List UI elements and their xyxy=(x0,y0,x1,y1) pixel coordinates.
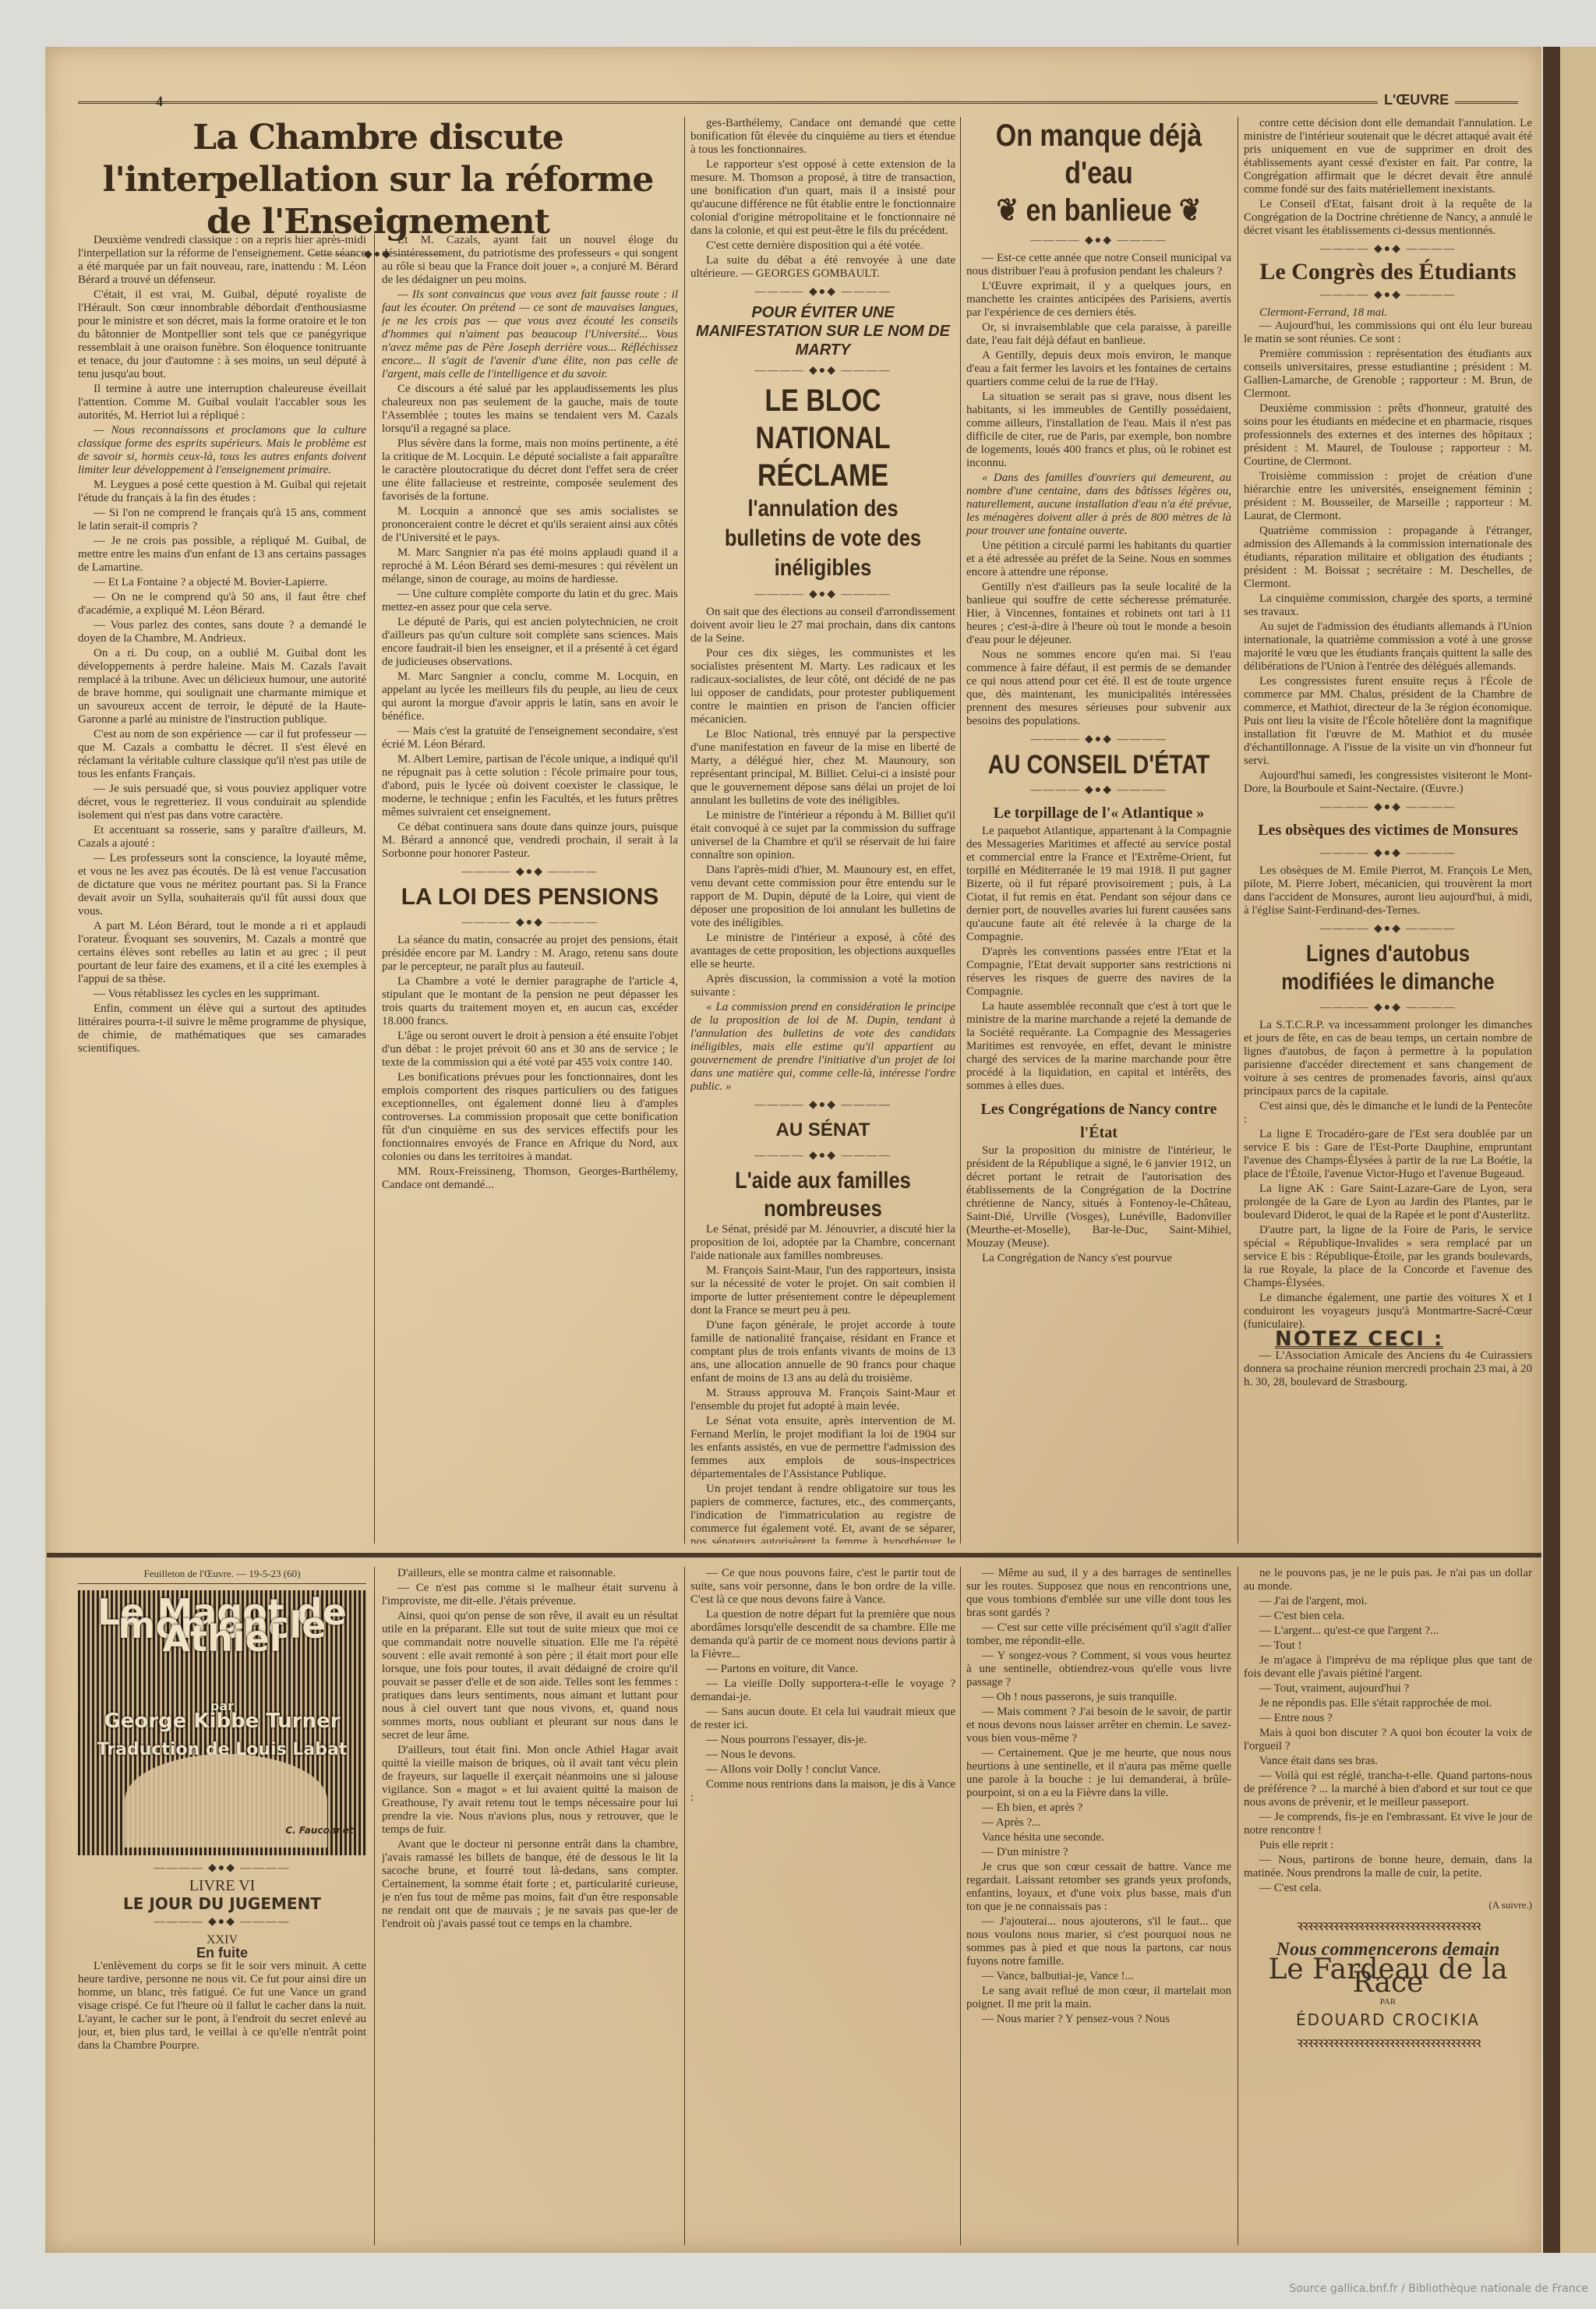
paragraph: Première commission : représentation des… xyxy=(1244,348,1532,401)
bloc-headline: LE BLOC NATIONAL RÉCLAME xyxy=(711,382,936,494)
atlantique-subhead: Le torpillage de l'« Atlantique » xyxy=(966,801,1231,825)
ornament-divider xyxy=(382,916,678,929)
paragraph: Le Conseil d'Etat, faisant droit à la re… xyxy=(1244,198,1532,238)
ornament-divider xyxy=(1244,1001,1532,1014)
paper-name: L'ŒUVRE xyxy=(1378,92,1455,108)
ornament-divider xyxy=(1244,288,1532,302)
lead-article-col1: Deuxième vendredi classique : on a repri… xyxy=(78,234,366,1543)
paragraph: Dans l'après-midi d'hier, M. Maunoury es… xyxy=(690,864,955,930)
paragraph: Le Bloc National, très ennuyé par la per… xyxy=(690,728,955,808)
part-title: LE JOUR DU JUGEMENT xyxy=(78,1897,366,1911)
paragraph: — Nous le devons. xyxy=(690,1749,955,1762)
paragraph: — Certainement. Que je me heurte, que no… xyxy=(966,1747,1231,1800)
lead-article-col2: Et M. Cazals, ayant fait un nouvel éloge… xyxy=(382,234,678,1543)
ornament-divider xyxy=(966,733,1231,746)
paragraph: Les bonifications prévues pour les fonct… xyxy=(382,1071,678,1164)
column-rule xyxy=(960,1567,961,2245)
ornament-divider xyxy=(690,285,955,299)
paragraph: Le député de Paris, qui est ancien polyt… xyxy=(382,616,678,669)
paragraph: C'est ainsi que, dès le dimanche et le l… xyxy=(1244,1100,1532,1126)
paragraph: — Ils sont convaincus que vous avez fait… xyxy=(382,288,678,381)
paragraph: Avant que le docteur ni personne entrât … xyxy=(382,1838,678,1931)
paragraph: — J'ajouterai... nous ajouterons, s'il l… xyxy=(966,1915,1231,1968)
paragraph: La cinquième commission, chargée des spo… xyxy=(1244,592,1532,619)
senat-kicker: AU SÉNAT xyxy=(690,1116,955,1144)
col4: On manque déjà d'eau ❦ en banlieue ❦ — E… xyxy=(966,117,1231,1543)
paragraph: C'est cette dernière disposition qui a é… xyxy=(690,239,955,253)
paragraph: — Nous marier ? Y pensez-vous ? Nous xyxy=(966,2013,1231,2026)
bloc-subheadline: l'annulation des bulletins de vote des i… xyxy=(711,494,936,583)
paragraph: Au sujet de l'admission des étudiants al… xyxy=(1244,621,1532,674)
ornament-divider xyxy=(966,234,1231,247)
paragraph: Sur la proposition du ministre de l'inté… xyxy=(966,1144,1231,1250)
paragraph: C'était, il est vrai, M. Guibal, député … xyxy=(78,288,366,381)
adjacent-page-edge xyxy=(1560,47,1596,2253)
paragraph: — Sans aucun doute. Et cela lui vaudrait… xyxy=(690,1706,955,1732)
paragraph: — D'un ministre ? xyxy=(966,1846,1231,1859)
paragraph: — Même au sud, il y a des barrages de se… xyxy=(966,1567,1231,1620)
congres-headline: Le Congrès des Étudiants xyxy=(1244,260,1532,284)
paragraph: D'ailleurs, tout était fini. Mon oncle A… xyxy=(382,1744,678,1837)
paragraph: — Vous parlez des contes, sans doute ? a… xyxy=(78,619,366,645)
paragraph: La haute assemblée reconnaît que c'est à… xyxy=(966,1000,1231,1093)
notez-headline: NOTEZ CECI : xyxy=(1275,1333,1443,1349)
paragraph: Une pétition a circulé parmi les habitan… xyxy=(966,539,1231,579)
paragraph: Un projet tendant à rendre obligatoire s… xyxy=(690,1483,955,1543)
paragraph: Ce débat continuera sans doute dans quin… xyxy=(382,821,678,861)
ornament-divider xyxy=(78,1862,366,1875)
paragraph: — Tout, vraiment, aujourd'hui ? xyxy=(1244,1682,1532,1696)
paragraph: ne le pouvons pas, je ne le puis pas. Je… xyxy=(1244,1567,1532,1593)
col5: contre cette décision dont elle demandai… xyxy=(1244,117,1532,1543)
column-rule xyxy=(684,1567,685,2245)
congres-dateline: Clermont-Ferrand, 18 mai. xyxy=(1259,306,1387,319)
paragraph: La ligne E Trocadéro-gare de l'Est sera … xyxy=(1244,1128,1532,1181)
leaf-icon: ❦ xyxy=(997,193,1026,228)
paragraph: — Entre nous ? xyxy=(1244,1712,1532,1725)
paragraph: On sait que des élections au conseil d'a… xyxy=(690,606,955,645)
ornament-divider xyxy=(690,364,955,377)
paragraph: — Est-ce cette année que notre Conseil m… xyxy=(966,252,1231,278)
paragraph: Nous ne sommes encore qu'en mai. Si l'ea… xyxy=(966,649,1231,728)
paragraph: Les obsèques de M. Emile Pierrot, M. Fra… xyxy=(1244,865,1532,918)
eau-headline-2: ❦ en banlieue ❦ xyxy=(987,192,1212,229)
paragraph: M. François Saint-Maur, l'un des rapport… xyxy=(690,1264,955,1317)
paragraph: Deuxième commission : prêts d'honneur, g… xyxy=(1244,402,1532,469)
paragraph: — Si l'on ne comprend le français qu'à 1… xyxy=(78,507,366,533)
paragraph: Le ministre de l'intérieur a exposé, à c… xyxy=(690,932,955,971)
paragraph: La question de notre départ fut la premi… xyxy=(690,1608,955,1661)
paragraph: A Gentilly, depuis deux mois environ, le… xyxy=(966,349,1231,389)
paragraph: — C'est bien cela. xyxy=(1244,1610,1532,1623)
paragraph: — Ce que nous pouvons faire, c'est le pa… xyxy=(690,1567,955,1607)
paragraph: Vance était dans ses bras. xyxy=(1244,1755,1532,1768)
paragraph: — Nous pourrons l'essayer, dis-je. xyxy=(690,1734,955,1747)
paragraph: — Vance, balbutiai-je, Vance !... xyxy=(966,1970,1231,1983)
paragraph: Aujourd'hui samedi, les congressistes vi… xyxy=(1244,769,1532,796)
ornament-divider xyxy=(78,1915,366,1929)
ornament-divider xyxy=(1244,847,1532,860)
column-rule xyxy=(960,117,961,1543)
paragraph: contre cette décision dont elle demandai… xyxy=(1244,117,1532,196)
paragraph: — Mais comment ? J'ai besoin de le savoi… xyxy=(966,1706,1231,1745)
paragraph: — Aujourd'hui, les commissions qui ont é… xyxy=(1244,320,1532,346)
header-rule xyxy=(78,101,1518,111)
ornament-divider xyxy=(1244,242,1532,256)
paragraph: Après discussion, la commission a voté l… xyxy=(690,973,955,999)
paragraph: « La commission prend en considération l… xyxy=(690,1001,955,1094)
feuilleton-col2: D'ailleurs, elle se montra calme et rais… xyxy=(382,1567,678,2245)
autobus-headline: Lignes d'autobus modifiées le dimanche xyxy=(1266,940,1511,996)
paragraph: Enfin, comment un élève qui a surtout de… xyxy=(78,1002,366,1055)
paragraph: M. Marc Sangnier n'a pas été moins appla… xyxy=(382,546,678,586)
ornament-divider xyxy=(690,1149,955,1162)
leaf-icon: ❦ xyxy=(1172,193,1202,228)
paragraph: « Dans des familles d'ouvriers qui demeu… xyxy=(966,472,1231,538)
paragraph: — Voilà qui est réglé, trancha-t-elle. Q… xyxy=(1244,1770,1532,1809)
paragraph: La suite du débat a été renvoyée à une d… xyxy=(690,254,955,281)
senat-headline: L'aide aux familles nombreuses xyxy=(711,1167,936,1223)
col3: ges-Barthélemy, Candace ont demandé que … xyxy=(690,117,955,1543)
paragraph: — Ce n'est pas comme si le malheur était… xyxy=(382,1582,678,1608)
paragraph: — Vous rétablissez les cycles en les sup… xyxy=(78,988,366,1001)
paragraph: Or, si invraisemblable que cela paraisse… xyxy=(966,321,1231,348)
paragraph: La ligne AK : Gare Saint-Lazare-Gare de … xyxy=(1244,1183,1532,1222)
paragraph: — Une culture complète comporte du latin… xyxy=(382,588,678,614)
ornament-divider xyxy=(690,588,955,601)
feuilleton-col4: — Même au sud, il y a des barrages de se… xyxy=(966,1567,1231,2245)
book-number: LIVRE VI xyxy=(78,1879,366,1893)
paragraph: Ainsi, quoi qu'on pense de son rêve, il … xyxy=(382,1610,678,1742)
paragraph: Deuxième vendredi classique : on a repri… xyxy=(78,234,366,287)
pensions-headline: LA LOI DES PENSIONS xyxy=(382,883,678,911)
paragraph: La séance du matin, consacrée au projet … xyxy=(382,934,678,974)
announcement-author: ÉDOUARD CROCIKIA xyxy=(1244,2014,1532,2027)
announcement-title: Le Fardeau de la Race xyxy=(1244,1963,1532,1989)
column-rule xyxy=(374,1567,375,2245)
wavy-border: ꝛꝛꝛꝛꝛꝛꝛꝛꝛꝛꝛꝛꝛꝛꝛꝛꝛꝛꝛꝛꝛꝛꝛꝛꝛꝛꝛꝛꝛꝛꝛꝛꝛꝛꝛꝛ xyxy=(1244,1919,1532,1932)
paragraph: D'après les conventions passées entre l'… xyxy=(966,946,1231,999)
paragraph: Plus sévère dans la forme, mais non moin… xyxy=(382,437,678,504)
paragraph: Le Sénat, présidé par M. Jénouvrier, a d… xyxy=(690,1223,955,1263)
paragraph: L'enlèvement du corps se fit le soir ver… xyxy=(78,1960,366,2053)
paragraph: — Y songez-vous ? Comment, si vous vous … xyxy=(966,1650,1231,1689)
paragraph: — La vieille Dolly supportera-t-elle le … xyxy=(690,1678,955,1704)
paragraph: Puis elle reprit : xyxy=(1244,1839,1532,1852)
paragraph: M. Strauss approuva M. François Saint-Ma… xyxy=(690,1387,955,1413)
paragraph: Je ne répondis pas. Elle s'était rapproc… xyxy=(1244,1697,1532,1710)
paragraph: On a ri. Du coup, on a oublié M. Guibal … xyxy=(78,647,366,727)
paragraph: La Chambre a voté le dernier paragraphe … xyxy=(382,975,678,1028)
paragraph: — L'Association Amicale des Anciens du 4… xyxy=(1244,1349,1532,1389)
paragraph: — Les professeurs sont la conscience, la… xyxy=(78,852,366,918)
column-rule xyxy=(374,234,375,1543)
paragraph: Comme nous rentrions dans la maison, je … xyxy=(690,1778,955,1805)
paragraph: Le sang avait reflué de mon cœur, il mar… xyxy=(966,1985,1231,2011)
paragraph: — L'argent... qu'est-ce que l'argent ?..… xyxy=(1244,1625,1532,1638)
paragraph: — Je suis persuadé que, si vous pouviez … xyxy=(78,783,366,822)
book-spine xyxy=(1543,47,1560,2253)
paragraph: L'âge ou seront ouvert le droit à pensio… xyxy=(382,1030,678,1070)
paragraph: M. Albert Lemire, partisan de l'école un… xyxy=(382,753,678,819)
paragraph: — J'ai de l'argent, moi. xyxy=(1244,1595,1532,1608)
column-rule xyxy=(1238,1567,1238,2245)
paragraph: A part M. Léon Bérard, tout le monde a r… xyxy=(78,920,366,986)
to-be-continued: (A suivre.) xyxy=(1244,1898,1532,1911)
paragraph: Pour ces dix sièges, les communistes et … xyxy=(690,647,955,727)
paragraph: Le dimanche également, une partie des vo… xyxy=(1244,1292,1532,1331)
paragraph: C'est au nom de son expérience — car il … xyxy=(78,728,366,781)
lead-headline: La Chambre discute l'interpellation sur … xyxy=(78,117,678,243)
paragraph: — C'est sur cette ville précisément qu'i… xyxy=(966,1621,1231,1648)
paragraph: — Allons voir Dolly ! conclut Vance. xyxy=(690,1763,955,1777)
paragraph: D'autre part, la ligne de la Foire de Pa… xyxy=(1244,1224,1532,1290)
eau-headline-1: On manque déjà d'eau xyxy=(987,117,1212,192)
conseil-headline: AU CONSEIL D'ÉTAT xyxy=(987,751,1212,779)
paragraph: Troisième commission : projet de créatio… xyxy=(1244,470,1532,523)
paragraph: La Congrégation de Nancy s'est pourvue xyxy=(966,1252,1231,1265)
feuilleton-illustration: Le Magot de mon oncle Athiel par George … xyxy=(78,1590,366,1855)
page-number: 4 xyxy=(156,94,163,110)
paragraph: La S.T.C.R.P. va incessamment prolonger … xyxy=(1244,1019,1532,1098)
paragraph: — Partons en voiture, dit Vance. xyxy=(690,1663,955,1676)
paragraph: Et M. Cazals, ayant fait un nouvel éloge… xyxy=(382,234,678,287)
paragraph: D'ailleurs, elle se montra calme et rais… xyxy=(382,1567,678,1580)
nancy-subhead: Les Congrégations de Nancy contre l'État xyxy=(966,1098,1231,1144)
paragraph: — Nous, partirons de bonne heure, demain… xyxy=(1244,1854,1532,1880)
illustration-author: George Kibbe Turner xyxy=(78,1715,366,1728)
column-rule xyxy=(684,117,685,1543)
chapter-title: En fuite xyxy=(78,1947,366,1960)
paragraph: D'une façon générale, le projet accorde … xyxy=(690,1319,955,1385)
paragraph: — On ne le comprend qu'à 50 ans, il faut… xyxy=(78,591,366,617)
paragraph: La situation se serait pas si grave, nou… xyxy=(966,391,1231,470)
ornament-divider xyxy=(1244,922,1532,935)
paragraph: Il termine à autre une interruption chal… xyxy=(78,383,366,423)
paragraph: Je m'agace à l'imprévu de ma réplique pl… xyxy=(1244,1654,1532,1681)
ornament-divider xyxy=(690,1098,955,1112)
paragraph: — Je comprends, fis-je en l'embrassant. … xyxy=(1244,1811,1532,1837)
ornament-divider xyxy=(1244,801,1532,814)
paragraph: L'Œuvre exprimait, il y a quelques jours… xyxy=(966,280,1231,320)
wavy-border: ꝛꝛꝛꝛꝛꝛꝛꝛꝛꝛꝛꝛꝛꝛꝛꝛꝛꝛꝛꝛꝛꝛꝛꝛꝛꝛꝛꝛꝛꝛꝛꝛꝛꝛꝛꝛ xyxy=(1244,2036,1532,2049)
paragraph: Le paquebot Atlantique, appartenant à la… xyxy=(966,825,1231,944)
paragraph: Je crus que son cœur cessait de battre. … xyxy=(966,1861,1231,1914)
paragraph: — Après ?... xyxy=(966,1816,1231,1830)
feuilleton-col3: — Ce que nous pouvons faire, c'est le pa… xyxy=(690,1567,955,2245)
marty-kicker: POUR ÉVITER UNE MANIFESTATION SUR LE NOM… xyxy=(690,303,955,359)
paragraph: Le rapporteur s'est opposé à cette exten… xyxy=(690,158,955,238)
paragraph: — Oh ! nous passerons, je suis tranquill… xyxy=(966,1691,1231,1704)
feuilleton-col5: ne le pouvons pas, je ne le puis pas. Je… xyxy=(1244,1567,1532,2245)
ornament-divider xyxy=(382,865,678,879)
paragraph: Le ministre de l'intérieur a répondu à M… xyxy=(690,809,955,862)
paragraph: MM. Roux-Freissineng, Thomson, Georges-B… xyxy=(382,1165,678,1192)
paragraph: — Et La Fontaine ? a objecté M. Bovier-L… xyxy=(78,576,366,589)
paragraph: — C'est cela. xyxy=(1244,1882,1532,1895)
paragraph: M. Leygues a posé cette question à M. Gu… xyxy=(78,479,366,505)
feuilleton-col1: Feuilleton de l'Œuvre. — 19-5-23 (60) Le… xyxy=(78,1567,366,2245)
paragraph: Ce discours a été salué par les applaudi… xyxy=(382,383,678,436)
paragraph: Gentilly n'est d'ailleurs pas la seule l… xyxy=(966,581,1231,647)
ornament-divider xyxy=(966,783,1231,797)
paragraph: — Mais c'est la gratuité de l'enseigneme… xyxy=(382,725,678,751)
paragraph: Quatrième commission : propagande à l'ét… xyxy=(1244,525,1532,591)
paragraph: Vance hésita une seconde. xyxy=(966,1831,1231,1844)
source-credit: Source gallica.bnf.fr / Bibliothèque nat… xyxy=(1289,2282,1588,2295)
obseques-headline: Les obsèques des victimes de Monsures xyxy=(1244,819,1532,842)
paragraph: — Nous reconnaissons et proclamons que l… xyxy=(78,424,366,477)
feuilleton-separator xyxy=(47,1553,1541,1558)
paragraph: — Je ne crois pas possible, a répliqué M… xyxy=(78,535,366,575)
paragraph: ges-Barthélemy, Candace ont demandé que … xyxy=(690,117,955,157)
paragraph: M. Marc Sangnier a conclu, comme M. Locq… xyxy=(382,670,678,723)
paragraph: — Eh bien, et après ? xyxy=(966,1802,1231,1815)
column-rule xyxy=(1238,117,1238,1543)
paragraph: Le Sénat vota ensuite, après interventio… xyxy=(690,1415,955,1481)
illustration-title: Le Magot de mon oncle Athiel xyxy=(78,1606,366,1646)
paragraph: Et accentuant sa rosserie, sans y paraît… xyxy=(78,824,366,850)
paragraph: — Tout ! xyxy=(1244,1639,1532,1653)
paragraph: Les congressistes furent ensuite reçus à… xyxy=(1244,675,1532,768)
paragraph: M. Locquin a annoncé que ses amis social… xyxy=(382,505,678,545)
feuilleton-header: Feuilleton de l'Œuvre. — 19-5-23 (60) xyxy=(78,1567,366,1584)
paragraph: Mais à quoi bon discuter ? A quoi bon éc… xyxy=(1244,1727,1532,1753)
